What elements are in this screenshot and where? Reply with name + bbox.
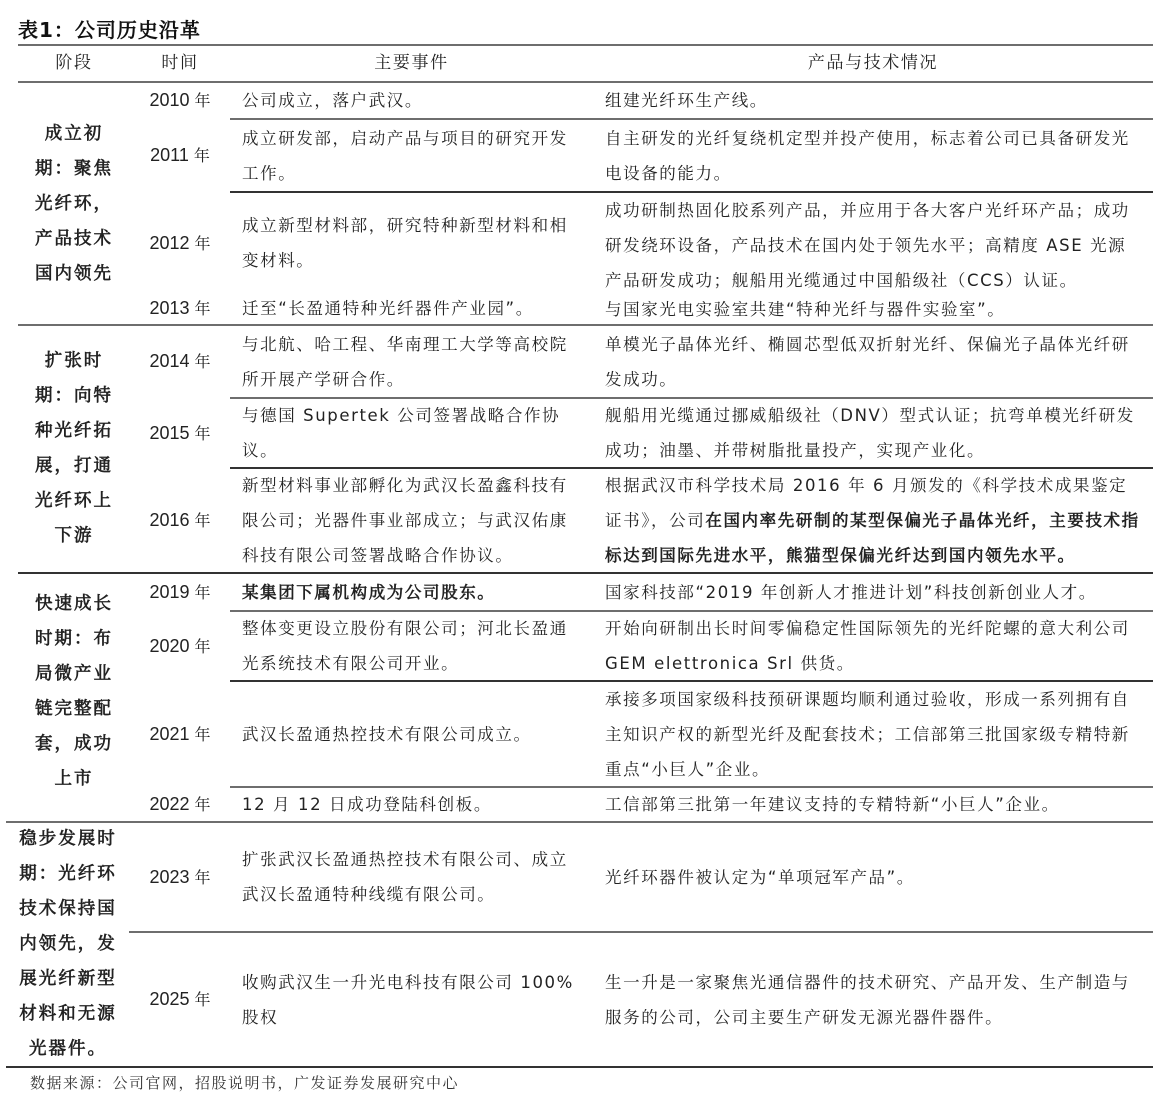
- year-cell: 2013年: [130, 293, 230, 323]
- header-product-tech: 产品与技术情况: [593, 46, 1153, 81]
- header-time: 时间: [130, 46, 230, 81]
- product-cell: 舰船用光缆通过挪威船级社（DNV）型式认证；抗弯单模光纤研发成功；油墨、并带树脂…: [593, 399, 1153, 467]
- event-cell: 公司成立，落户武汉。: [230, 83, 593, 118]
- event-cell: 扩张武汉长盈通热控技术有限公司、成立武汉长盈通特种线缆有限公司。: [230, 823, 593, 931]
- year-cell: 2012年: [130, 193, 230, 293]
- event-cell: 整体变更设立股份有限公司；河北长盈通光系统技术有限公司开业。: [230, 612, 593, 680]
- year-cell: 2016年: [130, 469, 230, 571]
- year-cell: 2023年: [130, 823, 230, 931]
- year-cell: 2020年: [130, 612, 230, 680]
- event-cell: 成立新型材料部，研究特种新型材料和相变材料。: [230, 193, 593, 293]
- year-cell: 2015年: [130, 399, 230, 467]
- stage-cell: 扩张时 期：向特 种光纤拓 展，打通 光纤环上 下游: [18, 326, 130, 572]
- event-cell: 新型材料事业部孵化为武汉长盈鑫科技有限公司；光器件事业部成立；与武汉佑康科技有限…: [230, 469, 593, 571]
- event-cell: 12 月 12 日成功登陆科创板。: [230, 788, 593, 820]
- product-cell: 工信部第三批第一年建议支持的专精特新“小巨人”企业。: [593, 788, 1153, 820]
- product-cell: 与国家光电实验室共建“特种光纤与器件实验室”。: [593, 295, 1153, 323]
- year-cell: 2011年: [130, 120, 230, 191]
- product-cell: 根据武汉市科学技术局 2016 年 6 月颁发的《科学技术成果鉴定证书》，公司在…: [593, 469, 1153, 571]
- event-cell: 与德国 Supertek 公司签署战略合作协议。: [230, 399, 593, 467]
- event-cell: 某集团下属机构成为公司股东。: [230, 574, 593, 610]
- event-cell: 收购武汉生一升光电科技有限公司 100%股权: [230, 933, 593, 1066]
- year-cell: 2014年: [130, 326, 230, 397]
- product-cell: 单模光子晶体光纤、椭圆芯型低双折射光纤、保偏光子晶体光纤研发成功。: [593, 326, 1153, 397]
- stage-cell: 稳步发展时 期：光纤环 技术保持国 内领先，发 展光纤新型 材料和无源 光器件。: [6, 823, 130, 1066]
- header-main-event: 主要事件: [230, 46, 593, 81]
- stage-cell: 快速成长 时期：布 局微产业 链完整配 套，成功 上市: [18, 574, 130, 809]
- header-stage: 阶段: [18, 46, 130, 81]
- year-cell: 2025年: [130, 933, 230, 1066]
- event-cell: 与北航、哈工程、华南理工大学等高校院所开展产学研合作。: [230, 326, 593, 397]
- product-cell: 承接多项国家级科技预研课题均顺利通过验收，形成一系列拥有自主知识产权的新型光纤及…: [593, 682, 1153, 786]
- product-cell: 开始向研制出长时间零偏稳定性国际领先的光纤陀螺的意大利公司 GEM elettr…: [593, 612, 1153, 680]
- table-title: 表1：公司历史沿革: [18, 14, 201, 43]
- stage-cell: 成立初 期：聚焦 光纤环， 产品技术 国内领先: [18, 83, 130, 325]
- year-cell: 2010年: [130, 83, 230, 118]
- event-cell: 武汉长盈通热控技术有限公司成立。: [230, 682, 593, 786]
- product-cell: 自主研发的光纤复绕机定型并投产使用，标志着公司已具备研发光电设备的能力。: [593, 120, 1153, 191]
- product-cell: 组建光纤环生产线。: [593, 83, 1153, 118]
- event-cell: 迁至“长盈通特种光纤器件产业园”。: [230, 293, 593, 323]
- event-cell: 成立研发部，启动产品与项目的研究开发工作。: [230, 120, 593, 191]
- year-cell: 2019年: [130, 574, 230, 610]
- product-cell: 光纤环器件被认定为“单项冠军产品”。: [593, 823, 1153, 931]
- table-bottom-rule: [6, 1066, 1153, 1068]
- data-source-note: 数据来源：公司官网，招股说明书，广发证券发展研究中心: [30, 1072, 459, 1093]
- year-cell: 2021年: [130, 682, 230, 786]
- year-cell: 2022年: [130, 788, 230, 820]
- product-cell: 成功研制热固化胶系列产品，并应用于各大客户光纤环产品；成功研发绕环设备，产品技术…: [593, 193, 1153, 298]
- product-cell: 国家科技部“2019 年创新人才推进计划”科技创新创业人才。: [593, 574, 1153, 610]
- product-cell: 生一升是一家聚焦光通信器件的技术研究、产品开发、生产制造与服务的公司，公司主要生…: [593, 933, 1153, 1066]
